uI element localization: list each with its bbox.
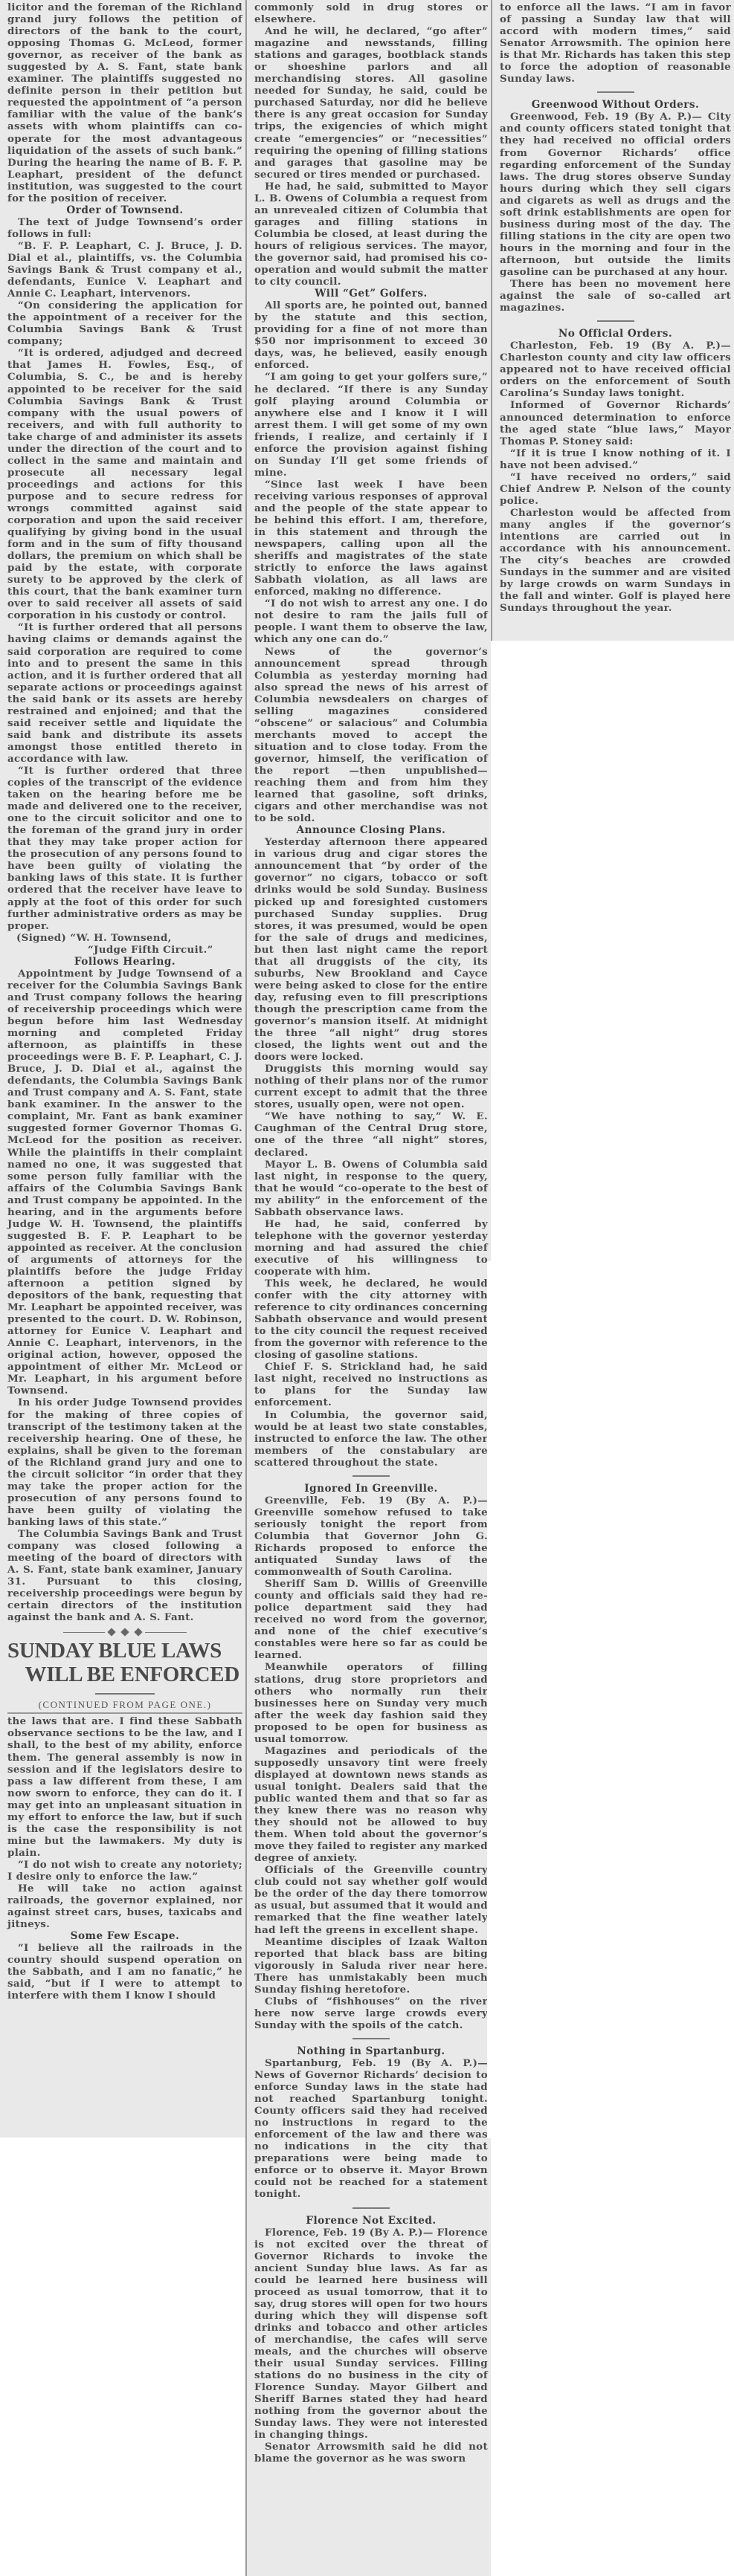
paragraph: Officials of the Greenville country club… bbox=[254, 1864, 488, 1935]
section-divider bbox=[597, 320, 634, 322]
subheading-greenwood-without-orders: Greenwood Without Orders. bbox=[500, 99, 731, 111]
paragraph: Magazines and periodicals of the suppose… bbox=[254, 1745, 488, 1864]
paragraph: Clubs of “fishhouses” on the river here … bbox=[254, 1996, 488, 2031]
paragraph: He will take no action against railroads… bbox=[7, 1883, 242, 1930]
paragraph: commonly sold in drug stores or elsewher… bbox=[254, 1, 488, 25]
paragraph: There has been no movement here against … bbox=[500, 278, 731, 314]
paragraph: Informed of Governor Richards’ announced… bbox=[500, 399, 731, 447]
paragraph: In his order Judge Townsend provides for… bbox=[7, 1397, 242, 1528]
article-column-right: to enforce all the laws. “I am in favor … bbox=[491, 0, 734, 641]
paragraph: to enforce all the laws. “I am in favor … bbox=[500, 1, 731, 85]
paragraph: “If it is true I know nothing of it. I h… bbox=[500, 447, 731, 471]
paragraph: News of the governor’s announcement spre… bbox=[254, 646, 488, 825]
paragraph: All sports are, he pointed out, banned b… bbox=[254, 300, 488, 371]
paragraph: The text of Judge Townsend’s order follo… bbox=[7, 216, 242, 240]
paragraph: “I have received no orders,” said Chief … bbox=[500, 471, 731, 507]
paragraph: “I am going to get your golfers sure,” h… bbox=[254, 371, 488, 478]
article-column-left: licitor and the foreman of the Richland … bbox=[0, 0, 245, 2138]
headline-line-1: SUNDAY BLUE LAWS bbox=[7, 1640, 242, 1662]
subheading-nothing-in-spartanburg: Nothing in Spartanburg. bbox=[254, 2045, 488, 2057]
paragraph: Greenville, Feb. 19 (By A. P.)— Greenvil… bbox=[254, 1495, 488, 1578]
paragraph: And he will, he declared, “go after” mag… bbox=[254, 25, 488, 181]
paragraph: Yesterday afternoon there appeared in va… bbox=[254, 836, 488, 1063]
paragraph: the laws that are. I find these Sabbath … bbox=[7, 1715, 242, 1859]
paragraph: Meanwhile operators of filling stations,… bbox=[254, 1661, 488, 1744]
subheading-announce-closing-plans: Announce Closing Plans. bbox=[254, 824, 488, 836]
subheading-ignored-in-greenville: Ignored In Greenville. bbox=[254, 1483, 488, 1495]
paragraph: Appointment by Judge Townsend of a recei… bbox=[7, 968, 242, 1397]
paragraph: “On considering the application for the … bbox=[7, 300, 242, 347]
paragraph: “It is further ordered that three copies… bbox=[7, 765, 242, 932]
paragraph: “B. F. P. Leaphart, C. J. Bruce, J. D. D… bbox=[7, 240, 242, 300]
paragraph: Druggists this morning would say nothing… bbox=[254, 1063, 488, 1110]
divider-line bbox=[145, 1632, 187, 1633]
paragraph: He had, he said, conferred by telephone … bbox=[254, 1218, 488, 1278]
signature-line: (Signed) “W. H. Townsend, bbox=[7, 932, 242, 944]
paragraph: In Columbia, the governor said, would be… bbox=[254, 1409, 488, 1469]
clip-mask bbox=[487, 1261, 491, 2138]
subheading-will-get-golfers: Will “Get” Golfers. bbox=[254, 288, 488, 300]
divider-diamond bbox=[134, 1628, 142, 1637]
paragraph: Sheriff Sam D. Willis of Greenville coun… bbox=[254, 1578, 488, 1661]
paragraph: “It is further ordered that all persons … bbox=[7, 621, 242, 765]
signature-title: “Judge Fifth Circuit.” bbox=[7, 944, 242, 956]
paragraph: Mayor L. B. Owens of Columbia said last … bbox=[254, 1159, 488, 1218]
article-column-middle: commonly sold in drug stores or elsewher… bbox=[245, 0, 491, 2576]
paragraph: “I do not wish to arrest any one. I do n… bbox=[254, 598, 488, 645]
subheading-some-few-escape: Some Few Escape. bbox=[7, 1930, 242, 1942]
paragraph: Florence, Feb. 19 (By A. P.)— Florence i… bbox=[254, 2227, 488, 2441]
paragraph: “It is ordered, adjudged and decreed tha… bbox=[7, 347, 242, 621]
section-divider bbox=[352, 1475, 390, 1477]
continued-notice: (CONTINUED FROM PAGE ONE.) bbox=[7, 1699, 242, 1714]
ornamental-divider bbox=[7, 1629, 242, 1635]
paragraph: Charleston would be affected from many a… bbox=[500, 507, 731, 614]
paragraph: Senator Arrowsmith said he did not blame… bbox=[254, 2441, 488, 2465]
divider-diamond bbox=[107, 1628, 115, 1637]
paragraph: “We have nothing to say,” W. E. Caughman… bbox=[254, 1110, 488, 1158]
subheading-follows-hearing: Follows Hearing. bbox=[7, 956, 242, 968]
divider-line bbox=[63, 1632, 105, 1633]
paragraph: Chief F. S. Strickland had, he said last… bbox=[254, 1361, 488, 1408]
paragraph: licitor and the foreman of the Richland … bbox=[7, 1, 242, 204]
subheading-order-of-townsend: Order of Townsend. bbox=[7, 204, 242, 216]
paragraph: “I do not wish to create any notoriety; … bbox=[7, 1859, 242, 1883]
paragraph: He had, he said, submitted to Mayor L. B… bbox=[254, 181, 488, 288]
headline-line-2: WILL BE ENFORCED bbox=[7, 1663, 242, 1686]
paragraph: Meantime disciples of Izaak Walton repor… bbox=[254, 1936, 488, 1996]
paragraph: “I believe all the railroads in the coun… bbox=[7, 1942, 242, 2001]
paragraph: This week, he declared, he would confer … bbox=[254, 1278, 488, 1361]
divider-diamond bbox=[120, 1628, 129, 1637]
paragraph: Charleston, Feb. 19 (By A. P.)— Charlest… bbox=[500, 340, 731, 399]
section-divider bbox=[352, 2207, 390, 2209]
subheading-no-official-orders: No Official Orders. bbox=[500, 328, 731, 340]
paragraph: “Since last week I have been receiving v… bbox=[254, 479, 488, 598]
subheading-florence-not-excited: Florence Not Excited. bbox=[254, 2215, 488, 2227]
headline-rule bbox=[95, 1693, 155, 1695]
section-divider bbox=[352, 2038, 390, 2039]
paragraph: The Columbia Savings Bank and Trust comp… bbox=[7, 1528, 242, 1623]
paragraph: Spartanburg, Feb. 19 (By A. P.)— News of… bbox=[254, 2057, 488, 2201]
paragraph: Greenwood, Feb. 19 (By A. P.)— City and … bbox=[500, 111, 731, 278]
section-divider bbox=[597, 91, 634, 93]
